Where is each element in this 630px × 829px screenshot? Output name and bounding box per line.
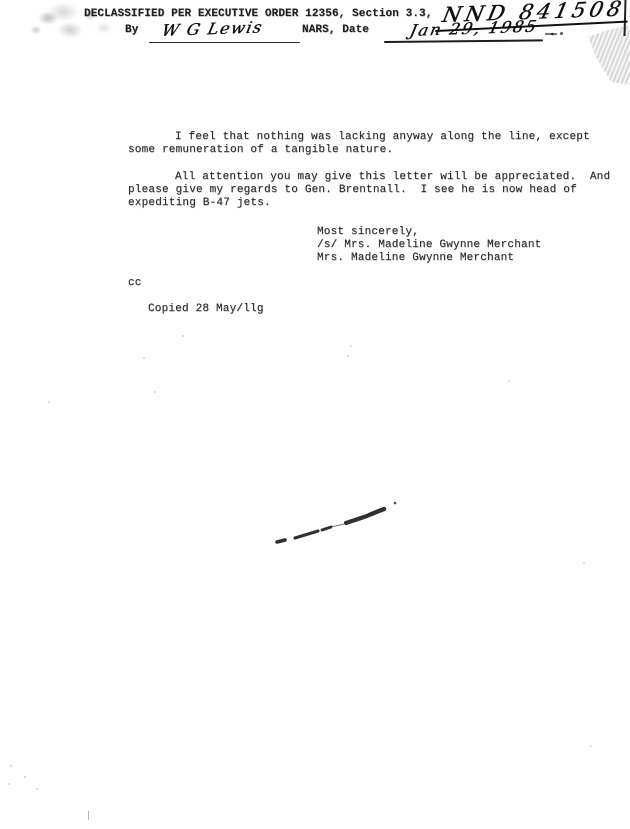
stamp-period: . [548, 26, 557, 38]
stamp-handwritten-signature: W G Lewis [160, 18, 265, 40]
letter-body-line: I feel that nothing was lacking anyway a… [175, 131, 590, 143]
letter-body-line: All attention you may give this letter w… [175, 171, 610, 183]
signature-block-line: /s/ Mrs. Madeline Gwynne Merchant [317, 239, 541, 251]
cc-label: cc [128, 277, 142, 289]
letter-body-line: some remuneration of a tangible nature. [128, 144, 393, 156]
stamp-agency-date-label: NARS, Date [302, 24, 369, 36]
signature-block-line: Most sincerely, [317, 226, 419, 238]
stamp-underline-signature [149, 42, 300, 44]
stamp-by-label: By [125, 24, 138, 36]
scanned-letter-page: DECLASSIFIED PER EXECUTIVE ORDER 12356, … [0, 0, 630, 829]
stamp-underline-date [384, 39, 543, 43]
stray-dot-mark [560, 32, 563, 35]
pen-scratch-mark [268, 494, 408, 550]
signature-block-line: Mrs. Madeline Gwynne Merchant [317, 252, 514, 264]
scan-speckles [182, 335, 184, 337]
letter-body-line: please give my regards to Gen. Brentnall… [128, 184, 577, 196]
letter-body-line: expediting B-47 jets. [128, 197, 271, 209]
stamp-handwritten-date: Jan 29, 1985 [408, 17, 540, 40]
scan-tick-mark [88, 811, 89, 820]
copy-note: Copied 28 May/llg [148, 303, 264, 315]
